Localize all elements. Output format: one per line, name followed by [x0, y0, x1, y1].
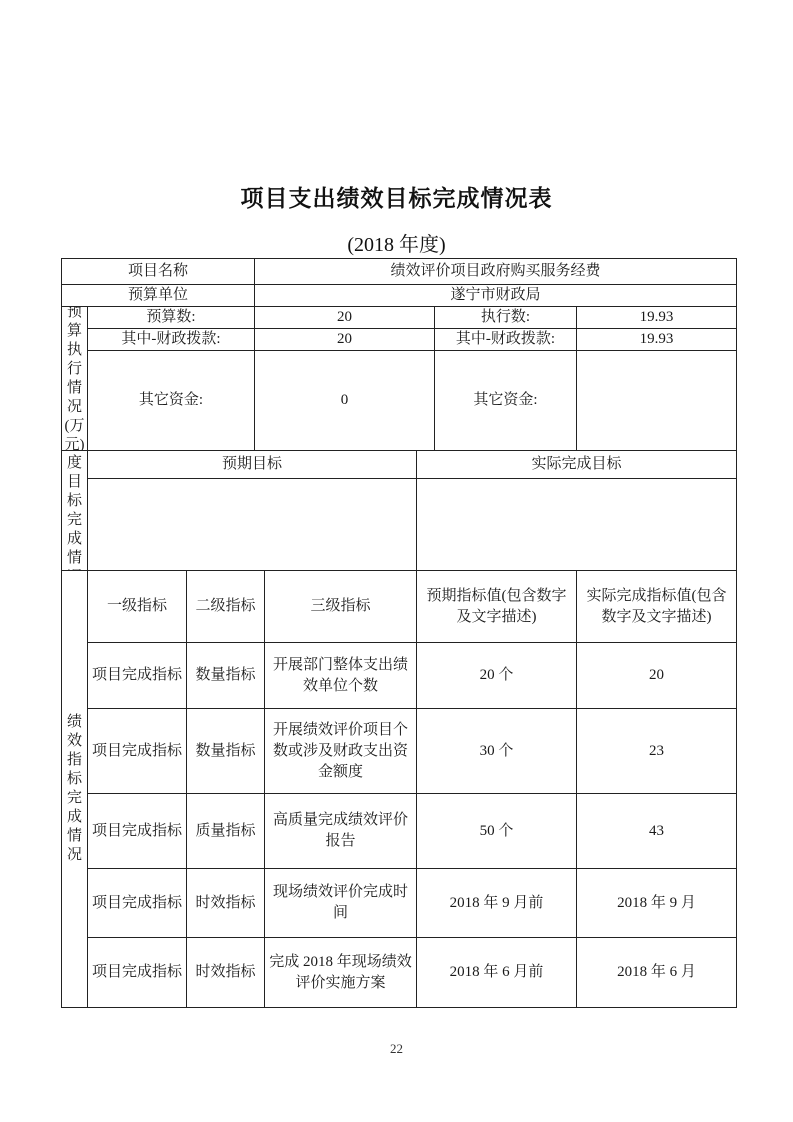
indicator-row-expected: 2018 年 9 月前 [417, 869, 577, 938]
budget-section-label: 预算 执行 情况 (万 元) [62, 307, 88, 451]
page-number: 22 [0, 1041, 793, 1057]
budget-unit-label: 预算单位 [62, 285, 255, 307]
execution-amount-label: 执行数: [435, 307, 577, 329]
indicator-row-actual: 20 [577, 643, 737, 709]
other-funds-label-right: 其它资金: [435, 351, 577, 451]
indicator-row-actual: 43 [577, 794, 737, 869]
expected-goal-content [88, 479, 417, 571]
indicator-row-level1: 项目完成指标 [88, 794, 187, 869]
indicator-row-level1: 项目完成指标 [88, 938, 187, 1008]
expected-value-header: 预期指标值(包含数字及文字描述) [417, 571, 577, 643]
performance-table: 项目名称 绩效评价项目政府购买服务经费 预算单位 遂宁市财政局 预算 执行 情况… [61, 258, 737, 1008]
budget-unit-value: 遂宁市财政局 [255, 285, 737, 307]
indicator-row-level1: 项目完成指标 [88, 709, 187, 794]
indicator-row-actual: 2018 年 9 月 [577, 869, 737, 938]
indicator-row-level1: 项目完成指标 [88, 643, 187, 709]
indicator-row-level2: 数量指标 [187, 643, 265, 709]
annual-goals-section-label: 年度 目标 完成 情况 [62, 451, 88, 571]
level1-header: 一级指标 [88, 571, 187, 643]
indicator-row-expected: 50 个 [417, 794, 577, 869]
budget-amount-label: 预算数: [88, 307, 255, 329]
level3-header: 三级指标 [265, 571, 417, 643]
expected-goal-header: 预期目标 [88, 451, 417, 479]
indicator-row-level3: 现场绩效评价完成时间 [265, 869, 417, 938]
indicator-row-expected: 20 个 [417, 643, 577, 709]
level2-header: 二级指标 [187, 571, 265, 643]
budget-amount-value: 20 [255, 307, 435, 329]
indicator-row-level3: 开展绩效评价项目个数或涉及财政支出资金额度 [265, 709, 417, 794]
project-name-value: 绩效评价项目政府购买服务经费 [255, 259, 737, 285]
indicator-row-level1: 项目完成指标 [88, 869, 187, 938]
other-funds-value-left: 0 [255, 351, 435, 451]
fiscal-allocation-value-right: 19.93 [577, 329, 737, 351]
fiscal-allocation-label-right: 其中-财政拨款: [435, 329, 577, 351]
indicator-row-level3: 完成 2018 年现场绩效评价实施方案 [265, 938, 417, 1008]
indicator-row-level2: 数量指标 [187, 709, 265, 794]
actual-goal-content [417, 479, 737, 571]
other-funds-value-right [577, 351, 737, 451]
fiscal-allocation-label-left: 其中-财政拨款: [88, 329, 255, 351]
actual-value-header: 实际完成指标值(包含数字及文字描述) [577, 571, 737, 643]
indicators-section-label: 绩效 指标 完成 情况 [62, 571, 88, 1008]
fiscal-allocation-value-left: 20 [255, 329, 435, 351]
indicator-row-actual: 2018 年 6 月 [577, 938, 737, 1008]
indicator-row-expected: 30 个 [417, 709, 577, 794]
indicator-row-actual: 23 [577, 709, 737, 794]
execution-amount-value: 19.93 [577, 307, 737, 329]
page-subtitle: (2018 年度) [0, 228, 793, 257]
project-name-label: 项目名称 [62, 259, 255, 285]
indicator-row-level2: 时效指标 [187, 869, 265, 938]
indicator-row-level3: 开展部门整体支出绩效单位个数 [265, 643, 417, 709]
page-title: 项目支出绩效目标完成情况表 [0, 180, 793, 213]
document-page: 项目支出绩效目标完成情况表 (2018 年度) 项目名称 绩效评价项目政府购买服… [0, 0, 793, 1122]
indicator-row-level2: 时效指标 [187, 938, 265, 1008]
indicator-row-level2: 质量指标 [187, 794, 265, 869]
indicator-row-expected: 2018 年 6 月前 [417, 938, 577, 1008]
other-funds-label-left: 其它资金: [88, 351, 255, 451]
actual-goal-header: 实际完成目标 [417, 451, 737, 479]
indicator-row-level3: 高质量完成绩效评价报告 [265, 794, 417, 869]
